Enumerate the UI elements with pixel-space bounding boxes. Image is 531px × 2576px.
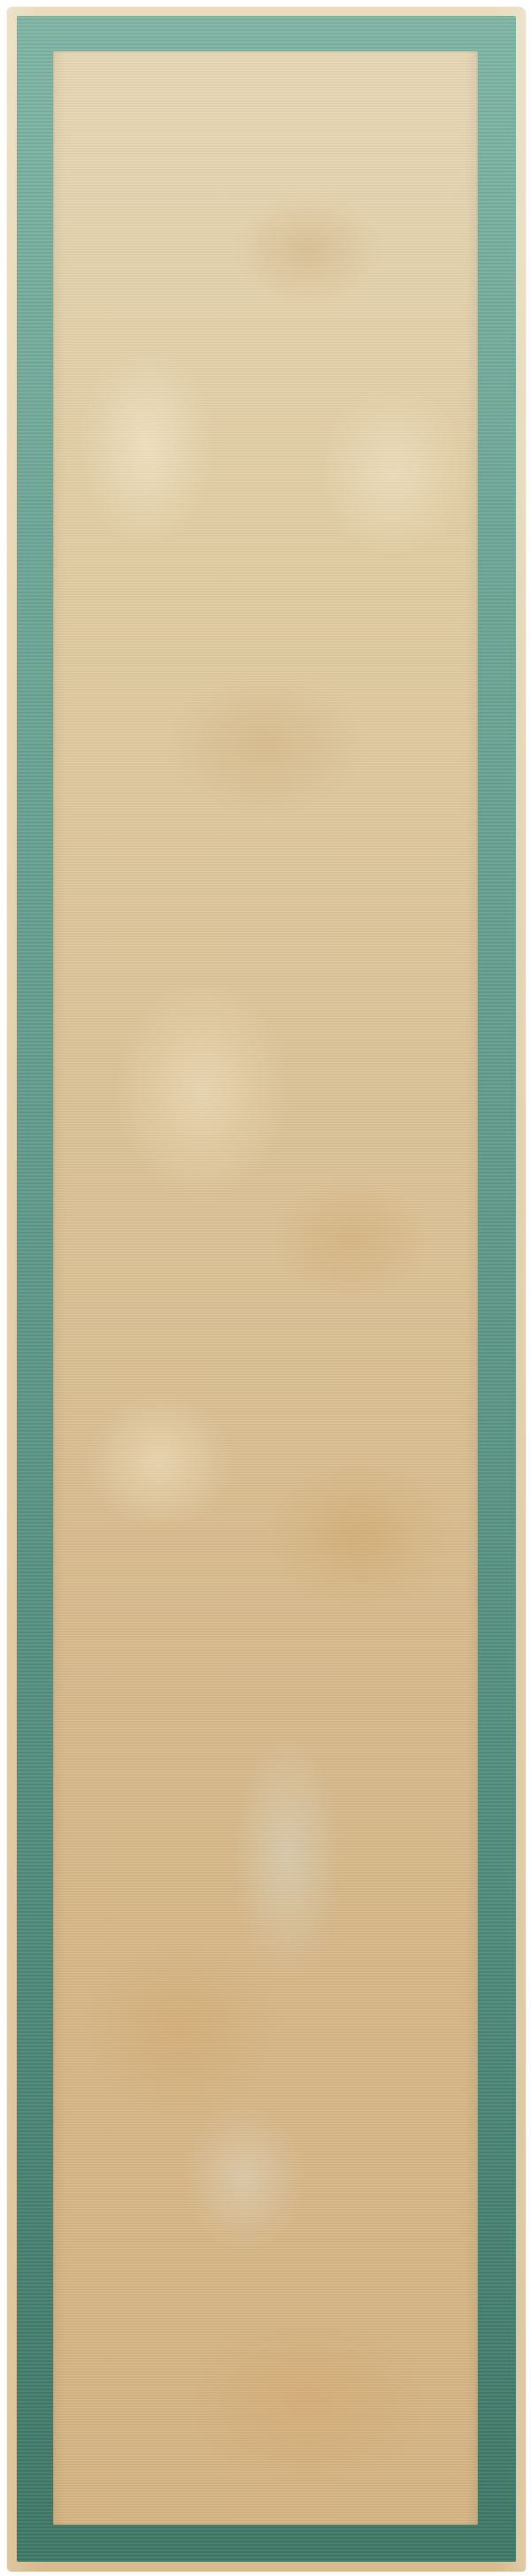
- field-shading: [53, 51, 478, 2525]
- rug-border-band: [17, 16, 516, 2562]
- image-description: Long narrow rug with a plain cream-to-ta…: [0, 0, 1, 1]
- rug-field: [53, 51, 478, 2525]
- runner-rug: [7, 7, 526, 2572]
